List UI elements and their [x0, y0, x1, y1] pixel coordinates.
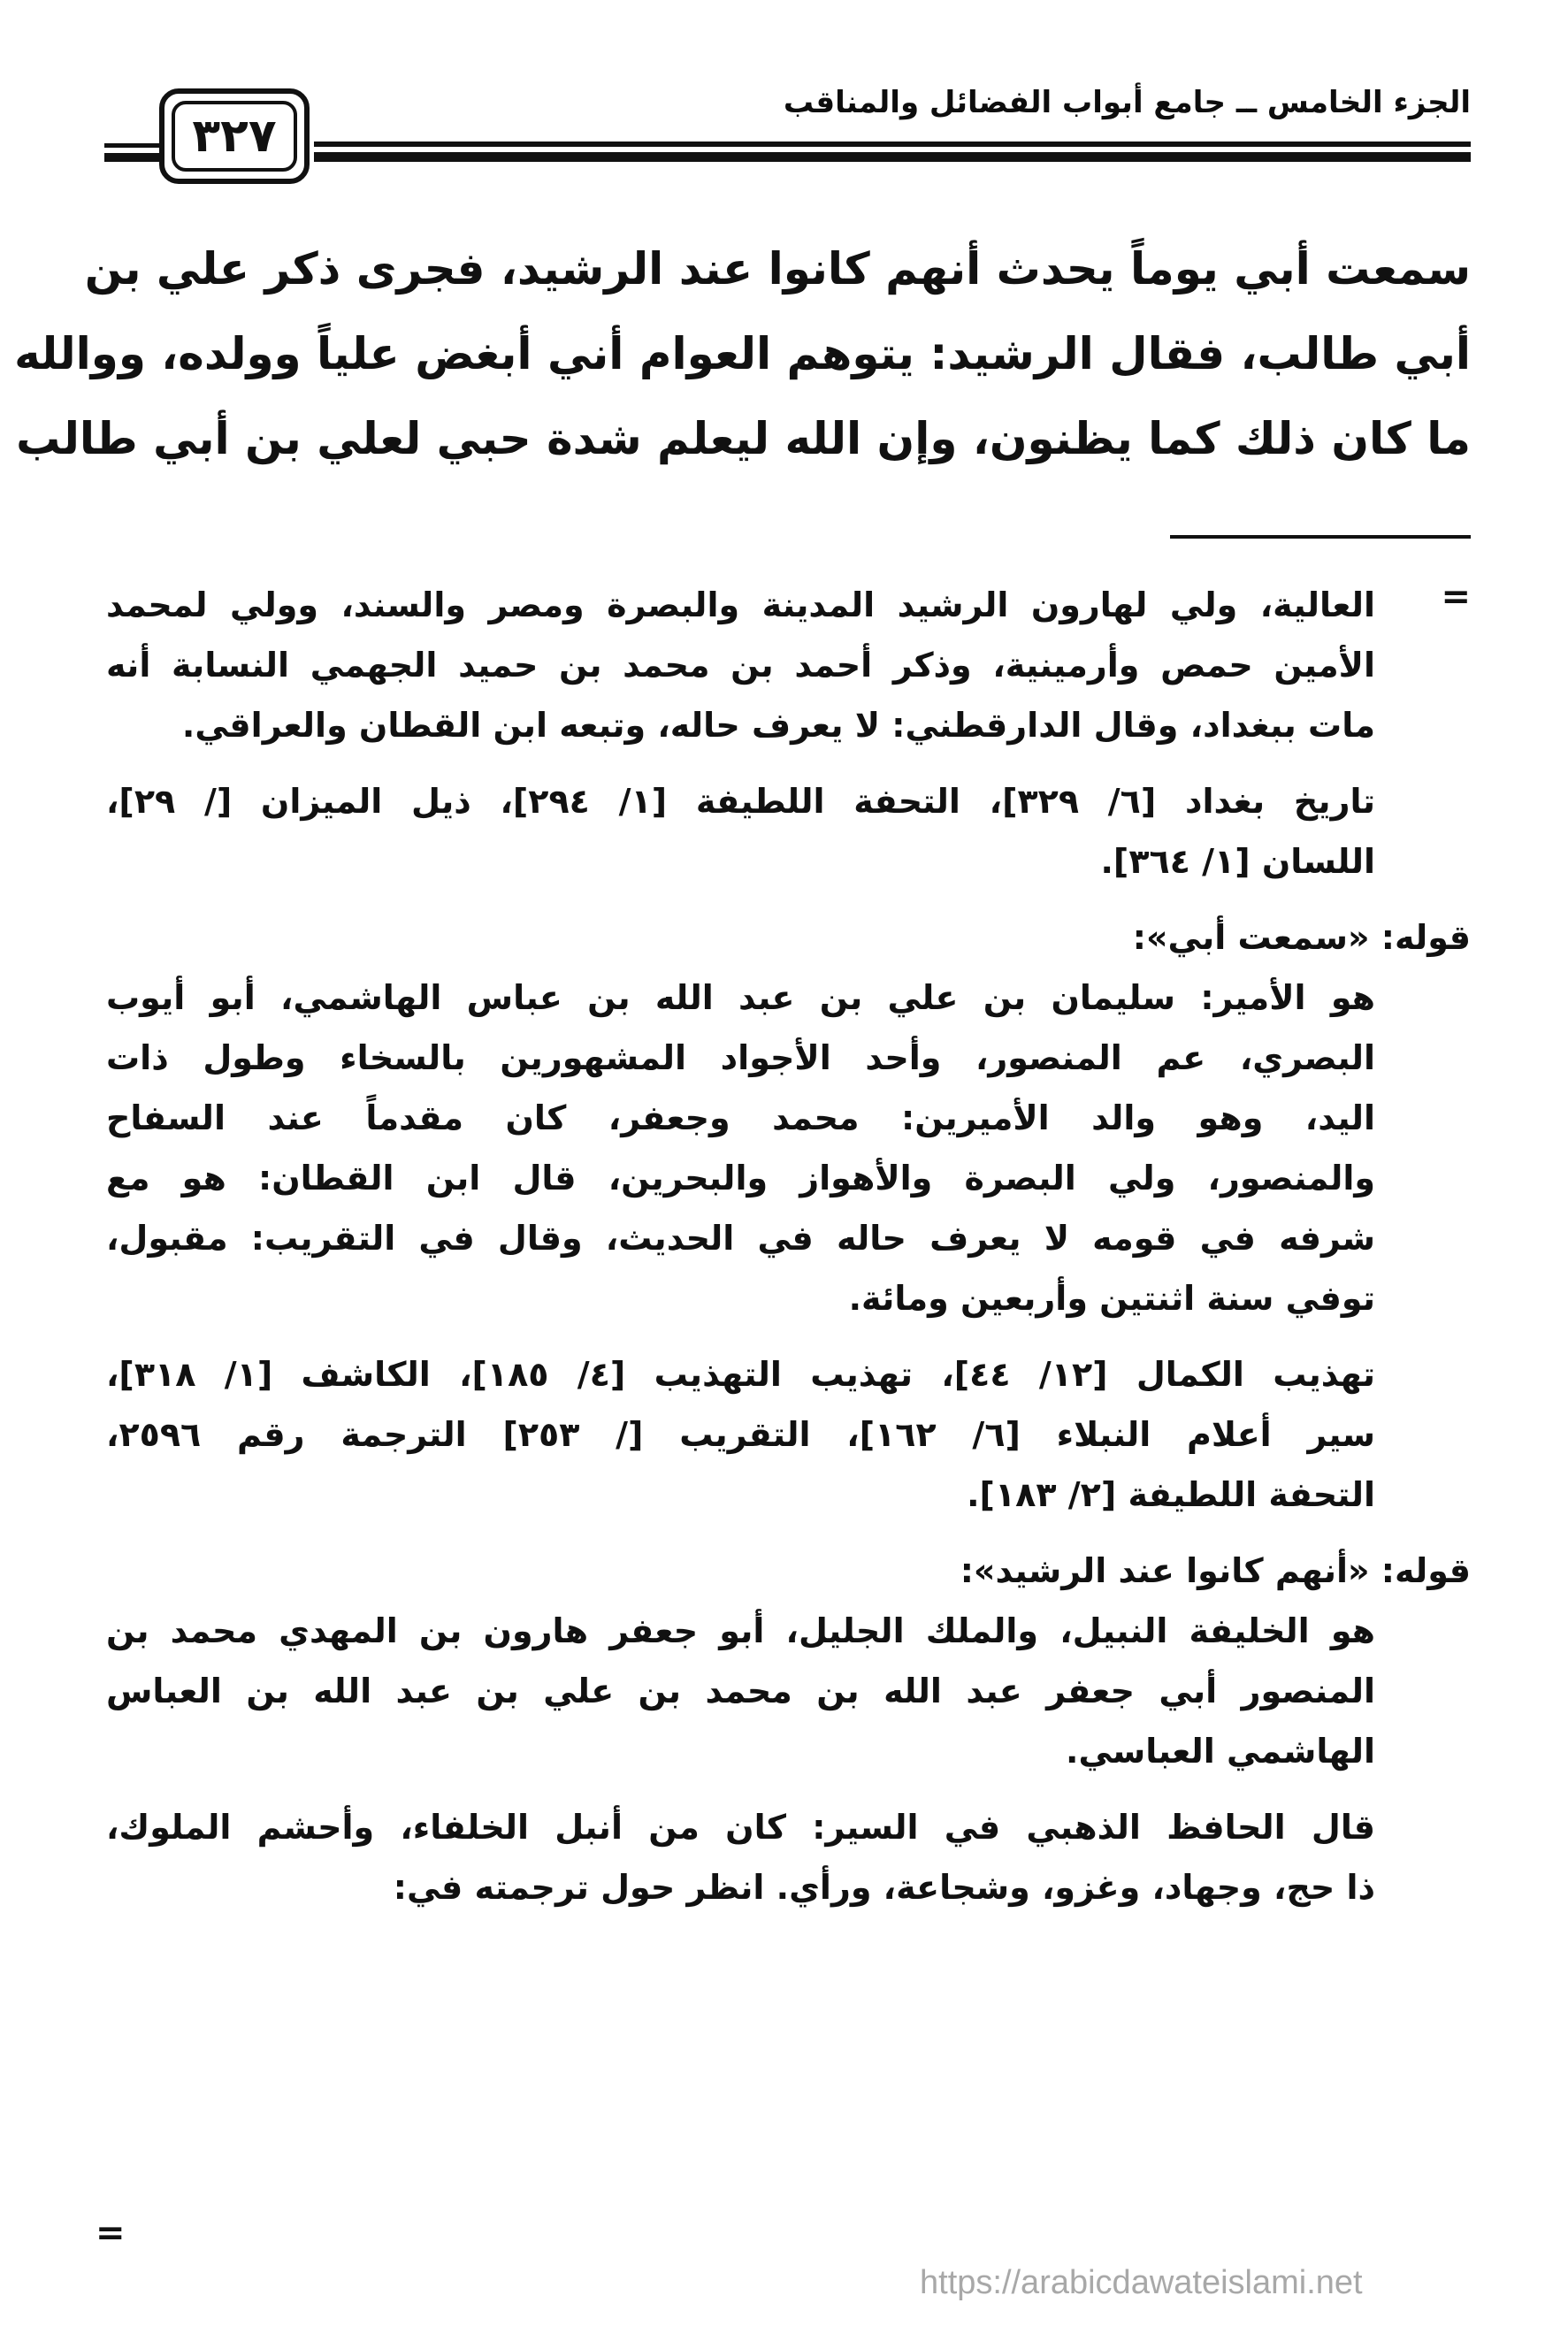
main-text: سمعت أبي يوماً يحدث أنهم كانوا عند الرشي… — [104, 226, 1471, 481]
footnote-line: البصري، عم المنصور، وأحد الأجواد المشهور… — [106, 1028, 1375, 1088]
footnote-line: هو الخليفة النبيل، والملك الجليل، أبو جع… — [106, 1601, 1375, 1661]
main-text-line: أبي طالب، فقال الرشيد: يتوهم العوام أني … — [104, 311, 1471, 396]
main-text-line: ما كان ذلك كما يظنون، وإن الله ليعلم شدة… — [104, 396, 1471, 481]
footnote-line: قال الحافظ الذهبي في السير: كان من أنبل … — [106, 1797, 1375, 1857]
footnote-line: توفي سنة اثنتين وأربعين ومائة. — [106, 1268, 1375, 1328]
watermark-url: https://arabicdawateislami.net — [920, 2264, 1363, 2302]
footnote-block-3: هو الخليفة النبيل، والملك الجليل، أبو جع… — [106, 1601, 1375, 1917]
footnote-line: العالية، ولي لهارون الرشيد المدينة والبص… — [106, 575, 1375, 635]
footnote-line: والمنصور، ولي البصرة والأهواز والبحرين، … — [106, 1148, 1375, 1208]
footnote-line: الهاشمي العباسي. — [106, 1721, 1375, 1781]
header-rule-thin — [314, 142, 1471, 147]
header-rule-left-thick — [104, 153, 159, 162]
footnote-line: شرفه في قومه لا يعرف حاله في الحديث، وقا… — [106, 1208, 1375, 1268]
header-rule-left-thin — [104, 143, 159, 148]
footnote-heading: قوله: «أنهم كانوا عند الرشيد»: — [106, 1541, 1471, 1601]
footnote-line: ذا حج، وجهاد، وغزو، وشجاعة، ورأي. انظر ح… — [106, 1857, 1375, 1917]
footnote-line: مات ببغداد، وقال الدارقطني: لا يعرف حاله… — [106, 695, 1375, 755]
book-page: الجزء الخامس ــ جامع أبواب الفضائل والمن… — [0, 0, 1568, 2326]
header-rule-thick — [314, 152, 1471, 162]
page-number-frame: ٣٢٧ — [159, 88, 310, 184]
footnote-line: هو الأمير: سليمان بن علي بن عبد الله بن … — [106, 968, 1375, 1028]
footnote-reference-line: التحفة اللطيفة [٢/ ١٨٣]. — [106, 1465, 1375, 1525]
footnote-reference-line: سير أعلام النبلاء [٦/ ١٦٢]، التقريب [/ ٢… — [106, 1404, 1375, 1465]
footnote-block-1: العالية، ولي لهارون الرشيد المدينة والبص… — [106, 575, 1375, 891]
page-number: ٣٢٧ — [172, 101, 297, 172]
footnote-reference-line: تهذيب الكمال [١٢/ ٤٤]، تهذيب التهذيب [٤/… — [106, 1344, 1375, 1404]
footnote-reference-line: تاريخ بغداد [٦/ ٣٢٩]، التحفة اللطيفة [١/… — [106, 771, 1375, 831]
footnote-heading: قوله: «سمعت أبي»: — [106, 907, 1471, 968]
footnote-line: اليد، وهو والد الأميرين: محمد وجعفر، كان… — [106, 1088, 1375, 1148]
footnote-block-2: هو الأمير: سليمان بن علي بن عبد الله بن … — [106, 968, 1375, 1525]
footnote-line: الأمين حمص وأرمينية، وذكر أحمد بن محمد ب… — [106, 635, 1375, 695]
footnote-reference-line: اللسان [١/ ٣٦٤]. — [106, 831, 1375, 891]
continuation-mark-bottom: = — [96, 2213, 126, 2253]
running-title: الجزء الخامس ــ جامع أبواب الفضائل والمن… — [784, 85, 1471, 120]
footnote-separator — [1170, 535, 1471, 539]
main-text-line: سمعت أبي يوماً يحدث أنهم كانوا عند الرشي… — [104, 226, 1471, 311]
footnote-line: المنصور أبي جعفر عبد الله بن محمد بن علي… — [106, 1661, 1375, 1721]
footnotes: العالية، ولي لهارون الرشيد المدينة والبص… — [106, 575, 1471, 1917]
